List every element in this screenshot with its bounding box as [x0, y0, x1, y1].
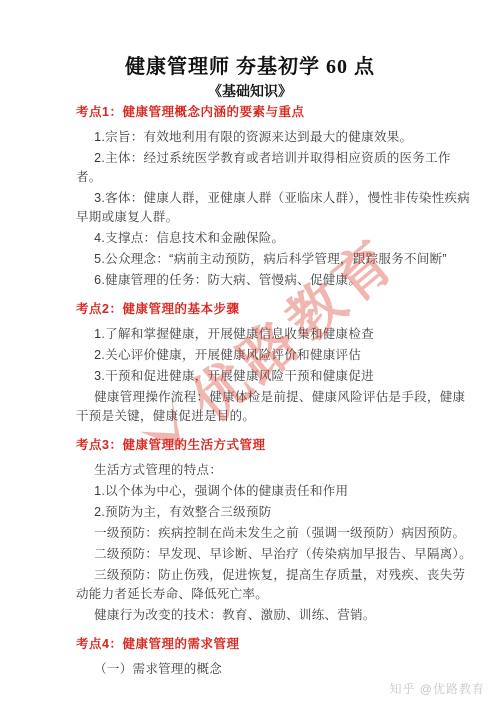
section-heading: 考点3：健康管理的生活方式管理 [76, 436, 476, 455]
section-heading: 考点1：健康管理概念内涵的要素与重点 [76, 103, 476, 122]
body-paragraph: 3.客体：健康人群，亚健康人群（亚临床人群），慢性非传染性疾病早期或康复人群。 [76, 189, 476, 227]
body-paragraph: 5.公众理念：“病前主动预防，病后科学管理，跟踪服务不间断” [76, 250, 476, 269]
page-subtitle: 《基础知识》 [0, 84, 500, 102]
page-title: 健康管理师 夯基初学 60 点 [0, 0, 500, 82]
body-paragraph: 2.预防为主，有效整合三级预防 [76, 503, 476, 522]
section-heading: 考点4：健康管理的需求管理 [76, 635, 476, 654]
body-paragraph: 4.支撑点：信息技术和金融保险。 [76, 229, 476, 248]
body-paragraph: 健康管理操作流程：健康体检是前提、健康风险评估是手段，健康干预是关键，健康促进是… [76, 388, 476, 426]
body-paragraph: 健康行为改变的技术：教育、激励、训练、营销。 [76, 606, 476, 625]
section-kaodian-4: 考点4：健康管理的需求管理 （一）需求管理的概念 [76, 635, 476, 679]
body-paragraph: 3.干预和促进健康，开展健康风险干预和健康促进 [76, 367, 476, 386]
zhihu-credit: 知乎 @优路教育 [389, 680, 485, 697]
body-paragraph: 二级预防：早发现、早诊断、早治疗（传染病加早报告、早隔离）。 [76, 545, 476, 564]
body-paragraph: 1.了解和掌握健康，开展健康信息收集和健康检查 [76, 325, 476, 344]
section-kaodian-1: 考点1：健康管理概念内涵的要素与重点 1.宗旨：有效地利用有限的资源来达到最大的… [76, 103, 476, 290]
body-paragraph: 生活方式管理的特点： [76, 461, 476, 480]
document-page: 健康管理师 夯基初学 60 点 《基础知识》 考点1：健康管理概念内涵的要素与重… [0, 0, 500, 707]
section-heading: 考点2：健康管理的基本步骤 [76, 300, 476, 319]
document-body: 考点1：健康管理概念内涵的要素与重点 1.宗旨：有效地利用有限的资源来达到最大的… [76, 103, 476, 681]
body-paragraph: 1.以个体为中心，强调个体的健康责任和作用 [76, 482, 476, 501]
section-kaodian-2: 考点2：健康管理的基本步骤 1.了解和掌握健康，开展健康信息收集和健康检查 2.… [76, 300, 476, 426]
body-paragraph: 2.关心评价健康，开展健康风险评价和健康评估 [76, 346, 476, 365]
section-kaodian-3: 考点3：健康管理的生活方式管理 生活方式管理的特点： 1.以个体为中心，强调个体… [76, 436, 476, 625]
body-paragraph: 三级预防：防止伤残，促进恢复，提高生存质量，对残疾、丧失劳动能力者延长寿命、降低… [76, 566, 476, 604]
body-paragraph: 2.主体：经过系统医学教育或者培训并取得相应资质的医务工作者。 [76, 149, 476, 187]
body-paragraph: （一）需求管理的概念 [76, 660, 476, 679]
body-paragraph: 一级预防：疾病控制在尚未发生之前（强调一级预防）病因预防。 [76, 524, 476, 543]
body-paragraph: 6.健康管理的任务：防大病、管慢病、促健康。 [76, 271, 476, 290]
body-paragraph: 1.宗旨：有效地利用有限的资源来达到最大的健康效果。 [76, 128, 476, 147]
